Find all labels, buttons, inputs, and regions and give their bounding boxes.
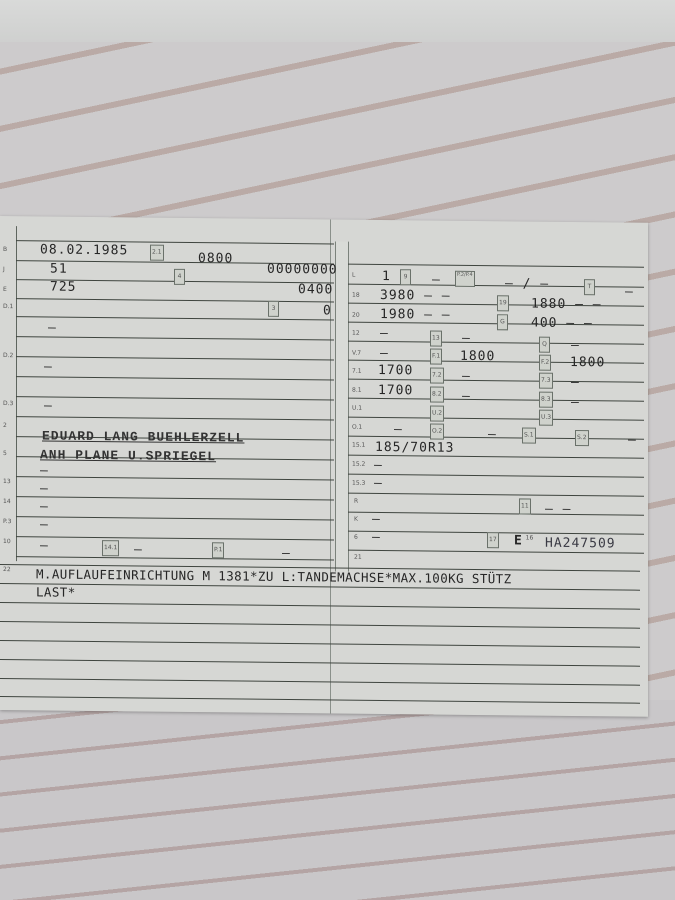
field-D3-value: – [44, 398, 53, 413]
field-code-P3: P.3 [3, 518, 11, 525]
field-code-11: 11 [519, 498, 531, 514]
field-D2-value: – [44, 359, 53, 374]
field-code-Q: Q [539, 337, 550, 353]
field-6-value: – [372, 530, 381, 545]
field-code-L: L [352, 272, 355, 279]
field-code-15-3: 15.3 [352, 480, 365, 487]
registration-document: B 08.02.1985 2.1 0800 00000000 J 51 4 04… [0, 216, 648, 717]
field-code-15-1: 15.1 [352, 442, 365, 449]
field-code-P2-P4: P.2/P.4 [455, 271, 475, 287]
field-code-19: 19 [497, 295, 509, 311]
field-S2-value: – [628, 433, 637, 448]
field-9-value: – [432, 273, 441, 288]
type-approval-number: – [372, 512, 381, 527]
axle-load-country-1: 1700 [378, 383, 413, 398]
field-code-7-2: 7.2 [430, 368, 444, 384]
field-code-4: 4 [174, 269, 185, 285]
field-code-2-1: 2.1 [150, 245, 164, 261]
field-code-O1: O.1 [352, 424, 362, 431]
wood-grain-background-lower [0, 700, 675, 900]
field-code-5: 5 [3, 450, 7, 457]
axle-load-country-2: – [462, 389, 471, 404]
max-permissible-weight: 1800 [460, 349, 495, 364]
field-code-G: G [497, 314, 508, 330]
field-code-8-3: 8.3 [539, 392, 553, 408]
field-code-14: 14 [3, 498, 11, 505]
field-code-F1: F.1 [430, 349, 442, 365]
field-code-D1: D.1 [3, 303, 13, 310]
field-code-10: 10 [3, 538, 11, 545]
width: 1880 – – [531, 297, 602, 313]
axle-load-2: – [462, 369, 471, 384]
first-registration-date: 08.02.1985 [40, 242, 128, 258]
field-code-D2: D.2 [3, 352, 13, 359]
height: 1980 – – [380, 307, 451, 323]
field-V7-value: – [380, 346, 389, 361]
field-P1-value: – [282, 546, 291, 561]
field-code-P1: P.1 [212, 542, 224, 558]
field-code-E: E [3, 286, 7, 293]
field-code-U1: U.1 [352, 405, 362, 412]
field-code-D3: D.3 [3, 400, 13, 407]
field-code-S2: S.2 [575, 430, 589, 446]
body-code: 725 [50, 280, 76, 295]
permissible-weight-country: 1800 [570, 355, 605, 370]
type-key: 00000000 [267, 262, 338, 278]
axle-load-1: 1700 [378, 363, 413, 378]
field-O2-value: – [488, 427, 497, 442]
field-code-15-2: 15.2 [352, 461, 365, 468]
manufacturer-key: 0800 [198, 251, 233, 266]
field-code-R: R [354, 498, 358, 505]
field-O1-value: – [394, 422, 403, 437]
field-15-3-value: – [374, 476, 383, 491]
field-14-1-value: – [134, 542, 143, 557]
field-code-V7: V.7 [352, 350, 361, 357]
background-top-surface [0, 0, 675, 43]
field-code-21-right: 21 [354, 554, 362, 561]
field-code-22: 22 [3, 566, 11, 573]
field-code-U2: U.2 [430, 406, 444, 422]
dash-value: – [40, 463, 49, 478]
vehicle-type-description: ANH PLANE U.SPRIEGEL [40, 447, 216, 464]
remarks-line-2: LAST* [36, 584, 76, 599]
field-code-13: 13 [3, 478, 11, 485]
field-code-18: 18 [352, 292, 360, 299]
power-displacement: – / – [505, 276, 549, 291]
field-code-20: 20 [352, 312, 360, 319]
axle-load-country-3: – [571, 395, 580, 410]
field-4-value: 0400 [298, 282, 333, 297]
registration-certificate-number: HA247509 [545, 536, 616, 552]
field-code-S1: S.1 [522, 427, 536, 443]
field-15-2-value: – [374, 458, 383, 473]
holder-name: EDUARD LANG BUEHLERZELL [42, 428, 244, 445]
field-code-8-2: 8.2 [430, 387, 444, 403]
field-12-value: – [380, 326, 389, 341]
length: 3980 – – [380, 288, 451, 304]
field-10-value: – [40, 538, 49, 553]
center-fold [335, 242, 349, 572]
field-code-U3: U.3 [539, 410, 553, 426]
tire-size: 185/70R13 [375, 440, 454, 456]
axle-count: 1 [382, 269, 391, 284]
field-13-right-value: – [462, 331, 471, 346]
field-code-7-3: 7.3 [539, 373, 553, 389]
field-Q-value: – [571, 338, 580, 353]
field-11-value: – – [545, 502, 571, 517]
field-code-J: J [3, 266, 5, 273]
field-code-K: K [354, 516, 358, 523]
field-code-7-1: 7.1 [352, 368, 362, 375]
field-code-8-1: 8.1 [352, 387, 362, 394]
field-code-16: 16 [524, 531, 535, 547]
field-code-12: 12 [352, 330, 360, 337]
field-code-3: 3 [268, 301, 279, 317]
empty-dash: – [48, 321, 57, 336]
field-code-13-right: 13 [430, 331, 442, 347]
field-code-B: B [3, 246, 7, 253]
field-code-O2: O.2 [430, 424, 444, 440]
empty-weight: 400 – – [531, 316, 593, 332]
margin-line [16, 226, 17, 561]
max-speed: – [625, 285, 634, 300]
field-code-T: T [584, 279, 595, 295]
field-code-14-1: 14.1 [102, 540, 119, 556]
field-14-value: – [40, 499, 49, 514]
field-17-value: E [514, 533, 523, 548]
field-code-F2: F.2 [539, 355, 551, 371]
field-P3-value: – [40, 517, 49, 532]
field-3-value: 0 [323, 303, 332, 318]
axle-load-3: – [571, 375, 580, 390]
vehicle-class: 51 [50, 262, 68, 277]
field-code-6: 6 [354, 534, 358, 541]
field-13-value: – [40, 481, 49, 496]
field-code-9: 9 [400, 269, 411, 285]
field-code-2: 2 [3, 422, 7, 429]
field-code-17: 17 [487, 532, 499, 548]
